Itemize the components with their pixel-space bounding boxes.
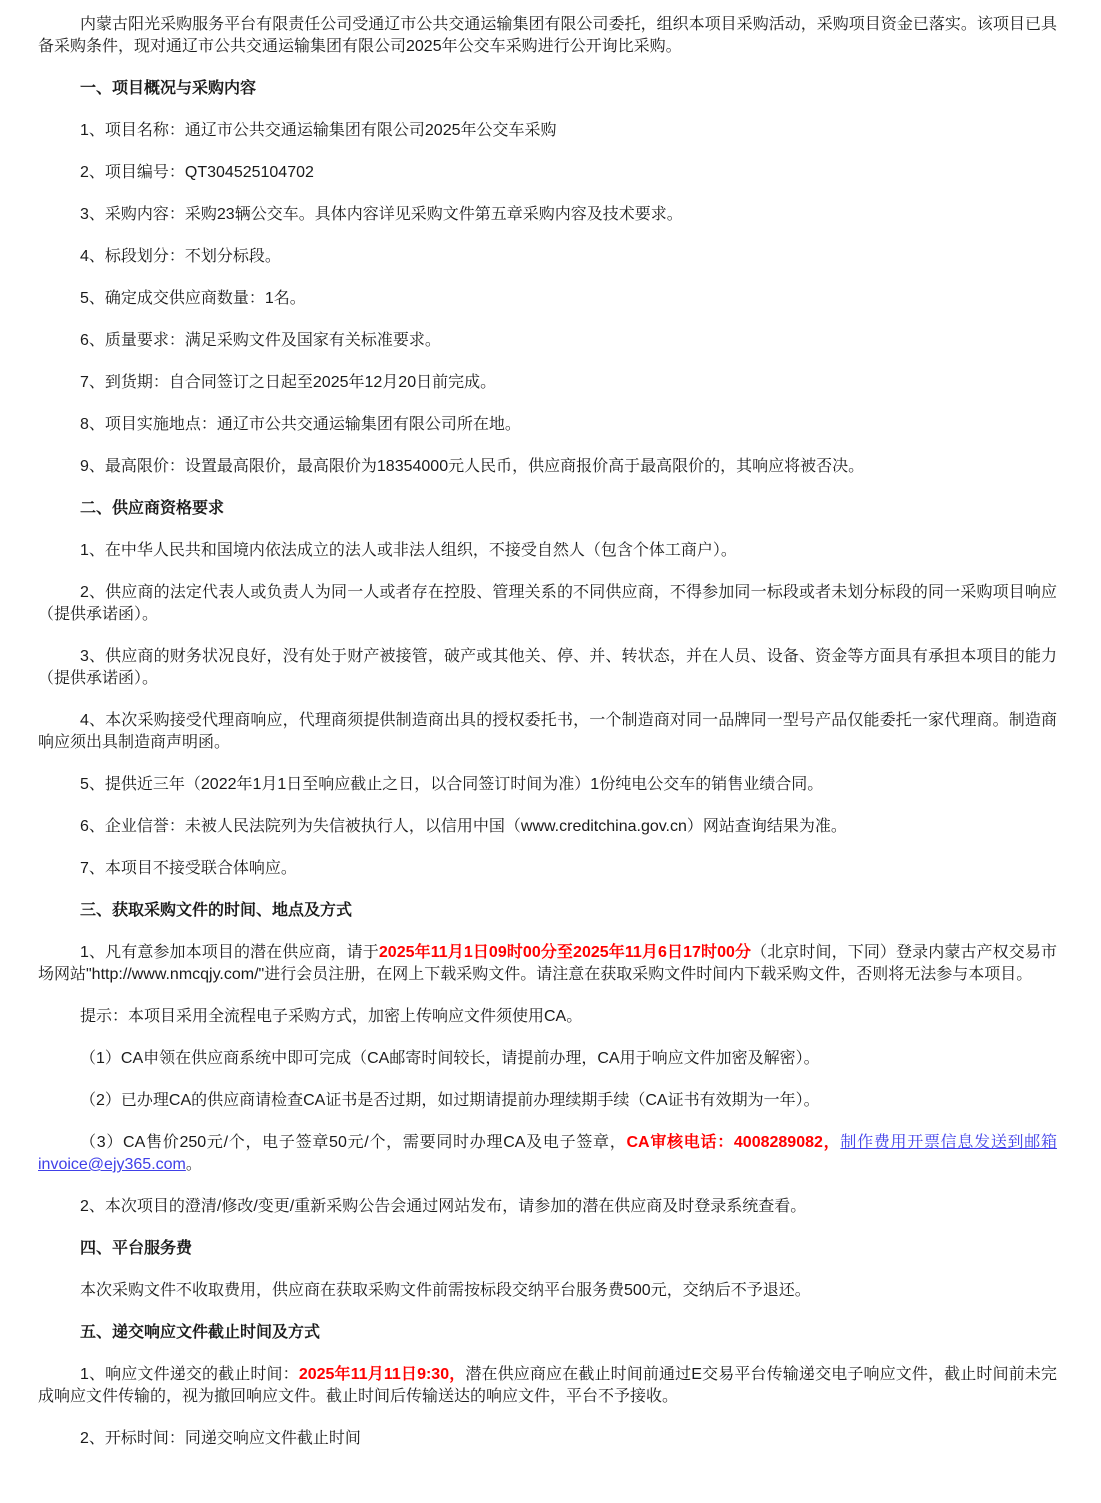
text-run: 。 xyxy=(186,1156,202,1173)
document-paragraph: 本次采购文件不收取费用，供应商在获取采购文件前需按标段交纳平台服务费500元，交… xyxy=(38,1280,1057,1302)
document-paragraph: 6、质量要求：满足采购文件及国家有关标准要求。 xyxy=(38,330,1057,352)
section-heading: 四、平台服务费 xyxy=(38,1238,1057,1260)
text-run: 1、项目名称：通辽市公共交通运输集团有限公司2025年公交车采购 xyxy=(80,122,557,139)
text-run: 6、企业信誉：未被人民法院列为失信被执行人，以信用中国（www.creditch… xyxy=(80,818,847,835)
text-run: 4、本次采购接受代理商响应，代理商须提供制造商出具的授权委托书，一个制造商对同一… xyxy=(38,712,1057,751)
document-paragraph: 2、本次项目的澄清/修改/变更/重新采购公告会通过网站发布，请参加的潜在供应商及… xyxy=(38,1196,1057,1218)
document-paragraph: 2、项目编号：QT304525104702 xyxy=(38,162,1057,184)
text-run: 三、获取采购文件的时间、地点及方式 xyxy=(80,902,352,919)
text-run: 2、供应商的法定代表人或负责人为同一人或者存在控股、管理关系的不同供应商，不得参… xyxy=(38,584,1057,623)
section-heading: 一、项目概况与采购内容 xyxy=(38,78,1057,100)
document-paragraph: 9、最高限价：设置最高限价，最高限价为18354000元人民币，供应商报价高于最… xyxy=(38,456,1057,478)
text-run: 二、供应商资格要求 xyxy=(80,500,224,517)
text-run: 3、供应商的财务状况良好，没有处于财产被接管，破产或其他关、停、并、转状态，并在… xyxy=(38,648,1057,687)
document-paragraph: 7、本项目不接受联合体响应。 xyxy=(38,858,1057,880)
text-run: 1、凡有意参加本项目的潜在供应商，请于 xyxy=(80,944,379,961)
document-paragraph: （2）已办理CA的供应商请检查CA证书是否过期，如过期请提前办理续期手续（CA证… xyxy=(38,1090,1057,1112)
text-run: 5、确定成交供应商数量：1名。 xyxy=(80,290,306,307)
text-run: 五、递交响应文件截止时间及方式 xyxy=(80,1324,320,1341)
text-run: （3）CA售价250元/个，电子签章50元/个，需要同时办理CA及电子签章， xyxy=(80,1134,626,1151)
section-heading: 三、获取采购文件的时间、地点及方式 xyxy=(38,900,1057,922)
section-heading: 五、递交响应文件截止时间及方式 xyxy=(38,1322,1057,1344)
document-paragraph: 5、确定成交供应商数量：1名。 xyxy=(38,288,1057,310)
text-run: 2、开标时间：同递交响应文件截止时间 xyxy=(80,1430,361,1447)
document-paragraph: 1、项目名称：通辽市公共交通运输集团有限公司2025年公交车采购 xyxy=(38,120,1057,142)
highlighted-deadline-text: 2025年11月11日9:30， xyxy=(299,1366,466,1383)
document-paragraph: 1、响应文件递交的截止时间：2025年11月11日9:30，潜在供应商应在截止时… xyxy=(38,1364,1057,1408)
text-run: 6、质量要求：满足采购文件及国家有关标准要求。 xyxy=(80,332,441,349)
text-run: 1、在中华人民共和国境内依法成立的法人或非法人组织，不接受自然人（包含个体工商户… xyxy=(80,542,737,559)
text-run: 8、项目实施地点：通辽市公共交通运输集团有限公司所在地。 xyxy=(80,416,521,433)
text-run: 提示：本项目采用全流程电子采购方式，加密上传响应文件须使用CA。 xyxy=(80,1008,582,1025)
text-run: （1）CA申领在供应商系统中即可完成（CA邮寄时间较长，请提前办理，CA用于响应… xyxy=(80,1050,820,1067)
document-paragraph: 2、供应商的法定代表人或负责人为同一人或者存在控股、管理关系的不同供应商，不得参… xyxy=(38,582,1057,626)
highlighted-deadline-text: CA审核电话：4008289082， xyxy=(626,1134,840,1151)
text-run: 一、项目概况与采购内容 xyxy=(80,80,256,97)
text-run: 四、平台服务费 xyxy=(80,1240,192,1257)
text-run: 内蒙古阳光采购服务平台有限责任公司受通辽市公共交通运输集团有限公司委托，组织本项… xyxy=(38,16,1057,55)
text-run: 9、最高限价：设置最高限价，最高限价为18354000元人民币，供应商报价高于最… xyxy=(80,458,864,475)
document-content: 内蒙古阳光采购服务平台有限责任公司受通辽市公共交通运输集团有限公司委托，组织本项… xyxy=(38,14,1057,1450)
text-run: 5、提供近三年（2022年1月1日至响应截止之日，以合同签订时间为准）1份纯电公… xyxy=(80,776,823,793)
document-paragraph: （3）CA售价250元/个，电子签章50元/个，需要同时办理CA及电子签章，CA… xyxy=(38,1132,1057,1176)
document-paragraph: 5、提供近三年（2022年1月1日至响应截止之日，以合同签订时间为准）1份纯电公… xyxy=(38,774,1057,796)
document-paragraph: 3、供应商的财务状况良好，没有处于财产被接管，破产或其他关、停、并、转状态，并在… xyxy=(38,646,1057,690)
document-paragraph: 内蒙古阳光采购服务平台有限责任公司受通辽市公共交通运输集团有限公司委托，组织本项… xyxy=(38,14,1057,58)
highlighted-deadline-text: 2025年11月1日09时00分至2025年11月6日17时00分 xyxy=(379,944,751,961)
document-paragraph: 4、标段划分：不划分标段。 xyxy=(38,246,1057,268)
text-run: 本次采购文件不收取费用，供应商在获取采购文件前需按标段交纳平台服务费500元，交… xyxy=(80,1282,811,1299)
text-run: （2）已办理CA的供应商请检查CA证书是否过期，如过期请提前办理续期手续（CA证… xyxy=(80,1092,820,1109)
document-paragraph: 提示：本项目采用全流程电子采购方式，加密上传响应文件须使用CA。 xyxy=(38,1006,1057,1028)
text-run: 4、标段划分：不划分标段。 xyxy=(80,248,281,265)
document-paragraph: 4、本次采购接受代理商响应，代理商须提供制造商出具的授权委托书，一个制造商对同一… xyxy=(38,710,1057,754)
text-run: 3、采购内容：采购23辆公交车。具体内容详见采购文件第五章采购内容及技术要求。 xyxy=(80,206,683,223)
document-paragraph: 1、凡有意参加本项目的潜在供应商，请于2025年11月1日09时00分至2025… xyxy=(38,942,1057,986)
document-paragraph: 7、到货期：自合同签订之日起至2025年12月20日前完成。 xyxy=(38,372,1057,394)
text-run: 1、响应文件递交的截止时间： xyxy=(80,1366,299,1383)
text-run: 2、本次项目的澄清/修改/变更/重新采购公告会通过网站发布，请参加的潜在供应商及… xyxy=(80,1198,806,1215)
document-paragraph: 2、开标时间：同递交响应文件截止时间 xyxy=(38,1428,1057,1450)
document-paragraph: 6、企业信誉：未被人民法院列为失信被执行人，以信用中国（www.creditch… xyxy=(38,816,1057,838)
document-paragraph: 3、采购内容：采购23辆公交车。具体内容详见采购文件第五章采购内容及技术要求。 xyxy=(38,204,1057,226)
text-run: 2、项目编号：QT304525104702 xyxy=(80,164,314,181)
document-paragraph: （1）CA申领在供应商系统中即可完成（CA邮寄时间较长，请提前办理，CA用于响应… xyxy=(38,1048,1057,1070)
section-heading: 二、供应商资格要求 xyxy=(38,498,1057,520)
document-paragraph: 1、在中华人民共和国境内依法成立的法人或非法人组织，不接受自然人（包含个体工商户… xyxy=(38,540,1057,562)
procurement-notice-document: 内蒙古阳光采购服务平台有限责任公司受通辽市公共交通运输集团有限公司委托，组织本项… xyxy=(0,0,1101,1503)
text-run: 7、到货期：自合同签订之日起至2025年12月20日前完成。 xyxy=(80,374,496,391)
document-paragraph: 8、项目实施地点：通辽市公共交通运输集团有限公司所在地。 xyxy=(38,414,1057,436)
text-run: 7、本项目不接受联合体响应。 xyxy=(80,860,297,877)
